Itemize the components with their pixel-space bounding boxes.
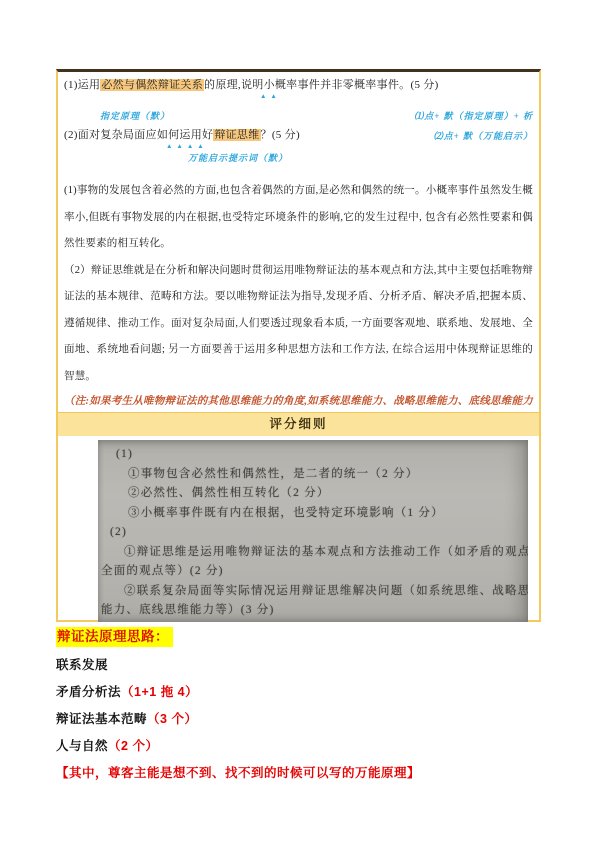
scan-line: ①事物包含必然性和偶然性，是二者的统一（2 分） [98,465,528,485]
question-2-prefix: (2)面对复杂局面应如何运用好 [64,129,213,141]
scan-line: ②必然性、偶然性相互转化（2 分） [98,484,528,504]
question-1-rest: 的原理,说明小概率事件并非零概率事件。(5 分) [204,79,439,91]
annotation-row-1: 指定原理（默） ⑴点+ 默（指定原理）+ 析 [64,110,533,122]
question-2-rest: ？(5 分) [261,129,300,141]
outline-item-annotation: （3 个） [147,712,197,726]
scan-line: ②联系复杂局面等实际情况运用辩证思维解决问题（如系统思维、战略思维 [98,582,528,602]
outline-item-annotation: （2 个） [108,739,158,753]
answer-paragraph-1: (1)事物的发展包含着必然的方面,也包含着偶然的方面,是必然和偶然的统一。小概率… [64,178,533,258]
outline-item-label: 辩证法基本范畴 [56,712,147,726]
scan-line: (2) [98,523,528,543]
outline-item-contradiction-analysis: 矛盾分析法（1+1 拖 4） [56,684,546,701]
question-answer-box: (1)运用必然与偶然辩证关系的原理,说明小概率事件并非零概率事件。(5 分) ▲… [56,69,541,622]
question-2-highlighted-term: 辩证思维 [213,129,260,141]
rubric-header: 评分细则 [58,412,539,436]
outline-item-man-and-nature: 人与自然（2 个） [56,738,546,755]
outline-item-label: 矛盾分析法 [56,685,121,699]
rubric-scan-image: (1) ①事物包含必然性和偶然性，是二者的统一（2 分） ②必然性、偶然性相互转… [98,440,528,622]
annotation-universal-hint: 万能启示提示词（默） [64,152,533,164]
outline-item-label: 联系发展 [56,658,108,672]
question-1-prefix: (1)运用 [64,79,100,91]
scan-line: (1) [98,445,528,465]
document-page: (1)运用必然与偶然辩证关系的原理,说明小概率事件并非零概率事件。(5 分) ▲… [0,0,595,842]
emphasis-triangles-q1: ▲▲ [64,93,533,102]
outline-footnote: 【其中，尊客主能是想不到、找不到的时候可以写的万能原理】 [56,765,546,782]
outline-item-connection-development: 联系发展 [56,657,546,674]
scan-line: ①辩证思维是运用唯物辩证法的基本观点和方法推动工作（如矛盾的观点、 [98,543,528,563]
outline-section: 辩证法原理思路： 联系发展 矛盾分析法（1+1 拖 4） 辩证法基本范畴（3 个… [56,627,546,782]
scan-line: 全面的观点等）(2 分) [98,562,528,582]
question-2: (2)面对复杂局面应如何运用好辩证思维？(5 分) [64,127,300,143]
answer-paragraphs: (1)事物的发展包含着必然的方面,也包含着偶然的方面,是必然和偶然的统一。小概率… [64,178,533,438]
question-1-highlighted-term: 必然与偶然辩证关系 [100,79,204,91]
annotation-specified-principle: 指定原理（默） [100,110,170,122]
question-2-row: (2)面对复杂局面应如何运用好辩证思维？(5 分) ⑵点+ 默（万能启示） [64,127,533,143]
outline-item-label: 人与自然 [56,739,108,753]
scan-line: 能力、底线思维能力等）(3 分) [98,601,528,621]
emphasis-triangles-q2: ▲▲▲▲ [64,143,533,152]
annotation-q2-formula: ⑵点+ 默（万能启示） [434,129,533,142]
question-1: (1)运用必然与偶然辩证关系的原理,说明小概率事件并非零概率事件。(5 分) [64,77,533,93]
outline-item-annotation: （1+1 拖 4） [121,685,198,699]
scan-line: ③小概率事件既有内在根据，也受特定环境影响（1 分） [98,504,528,524]
annotation-q1-formula: ⑴点+ 默（指定原理）+ 析 [414,110,533,122]
outline-title: 辩证法原理思路： [56,627,173,647]
answer-paragraph-2: （2）辩证思维就是在分析和解决问题时贯彻运用唯物辩证法的基本观点和方法,其中主要… [64,258,533,391]
outline-item-basic-categories: 辩证法基本范畴（3 个） [56,711,546,728]
